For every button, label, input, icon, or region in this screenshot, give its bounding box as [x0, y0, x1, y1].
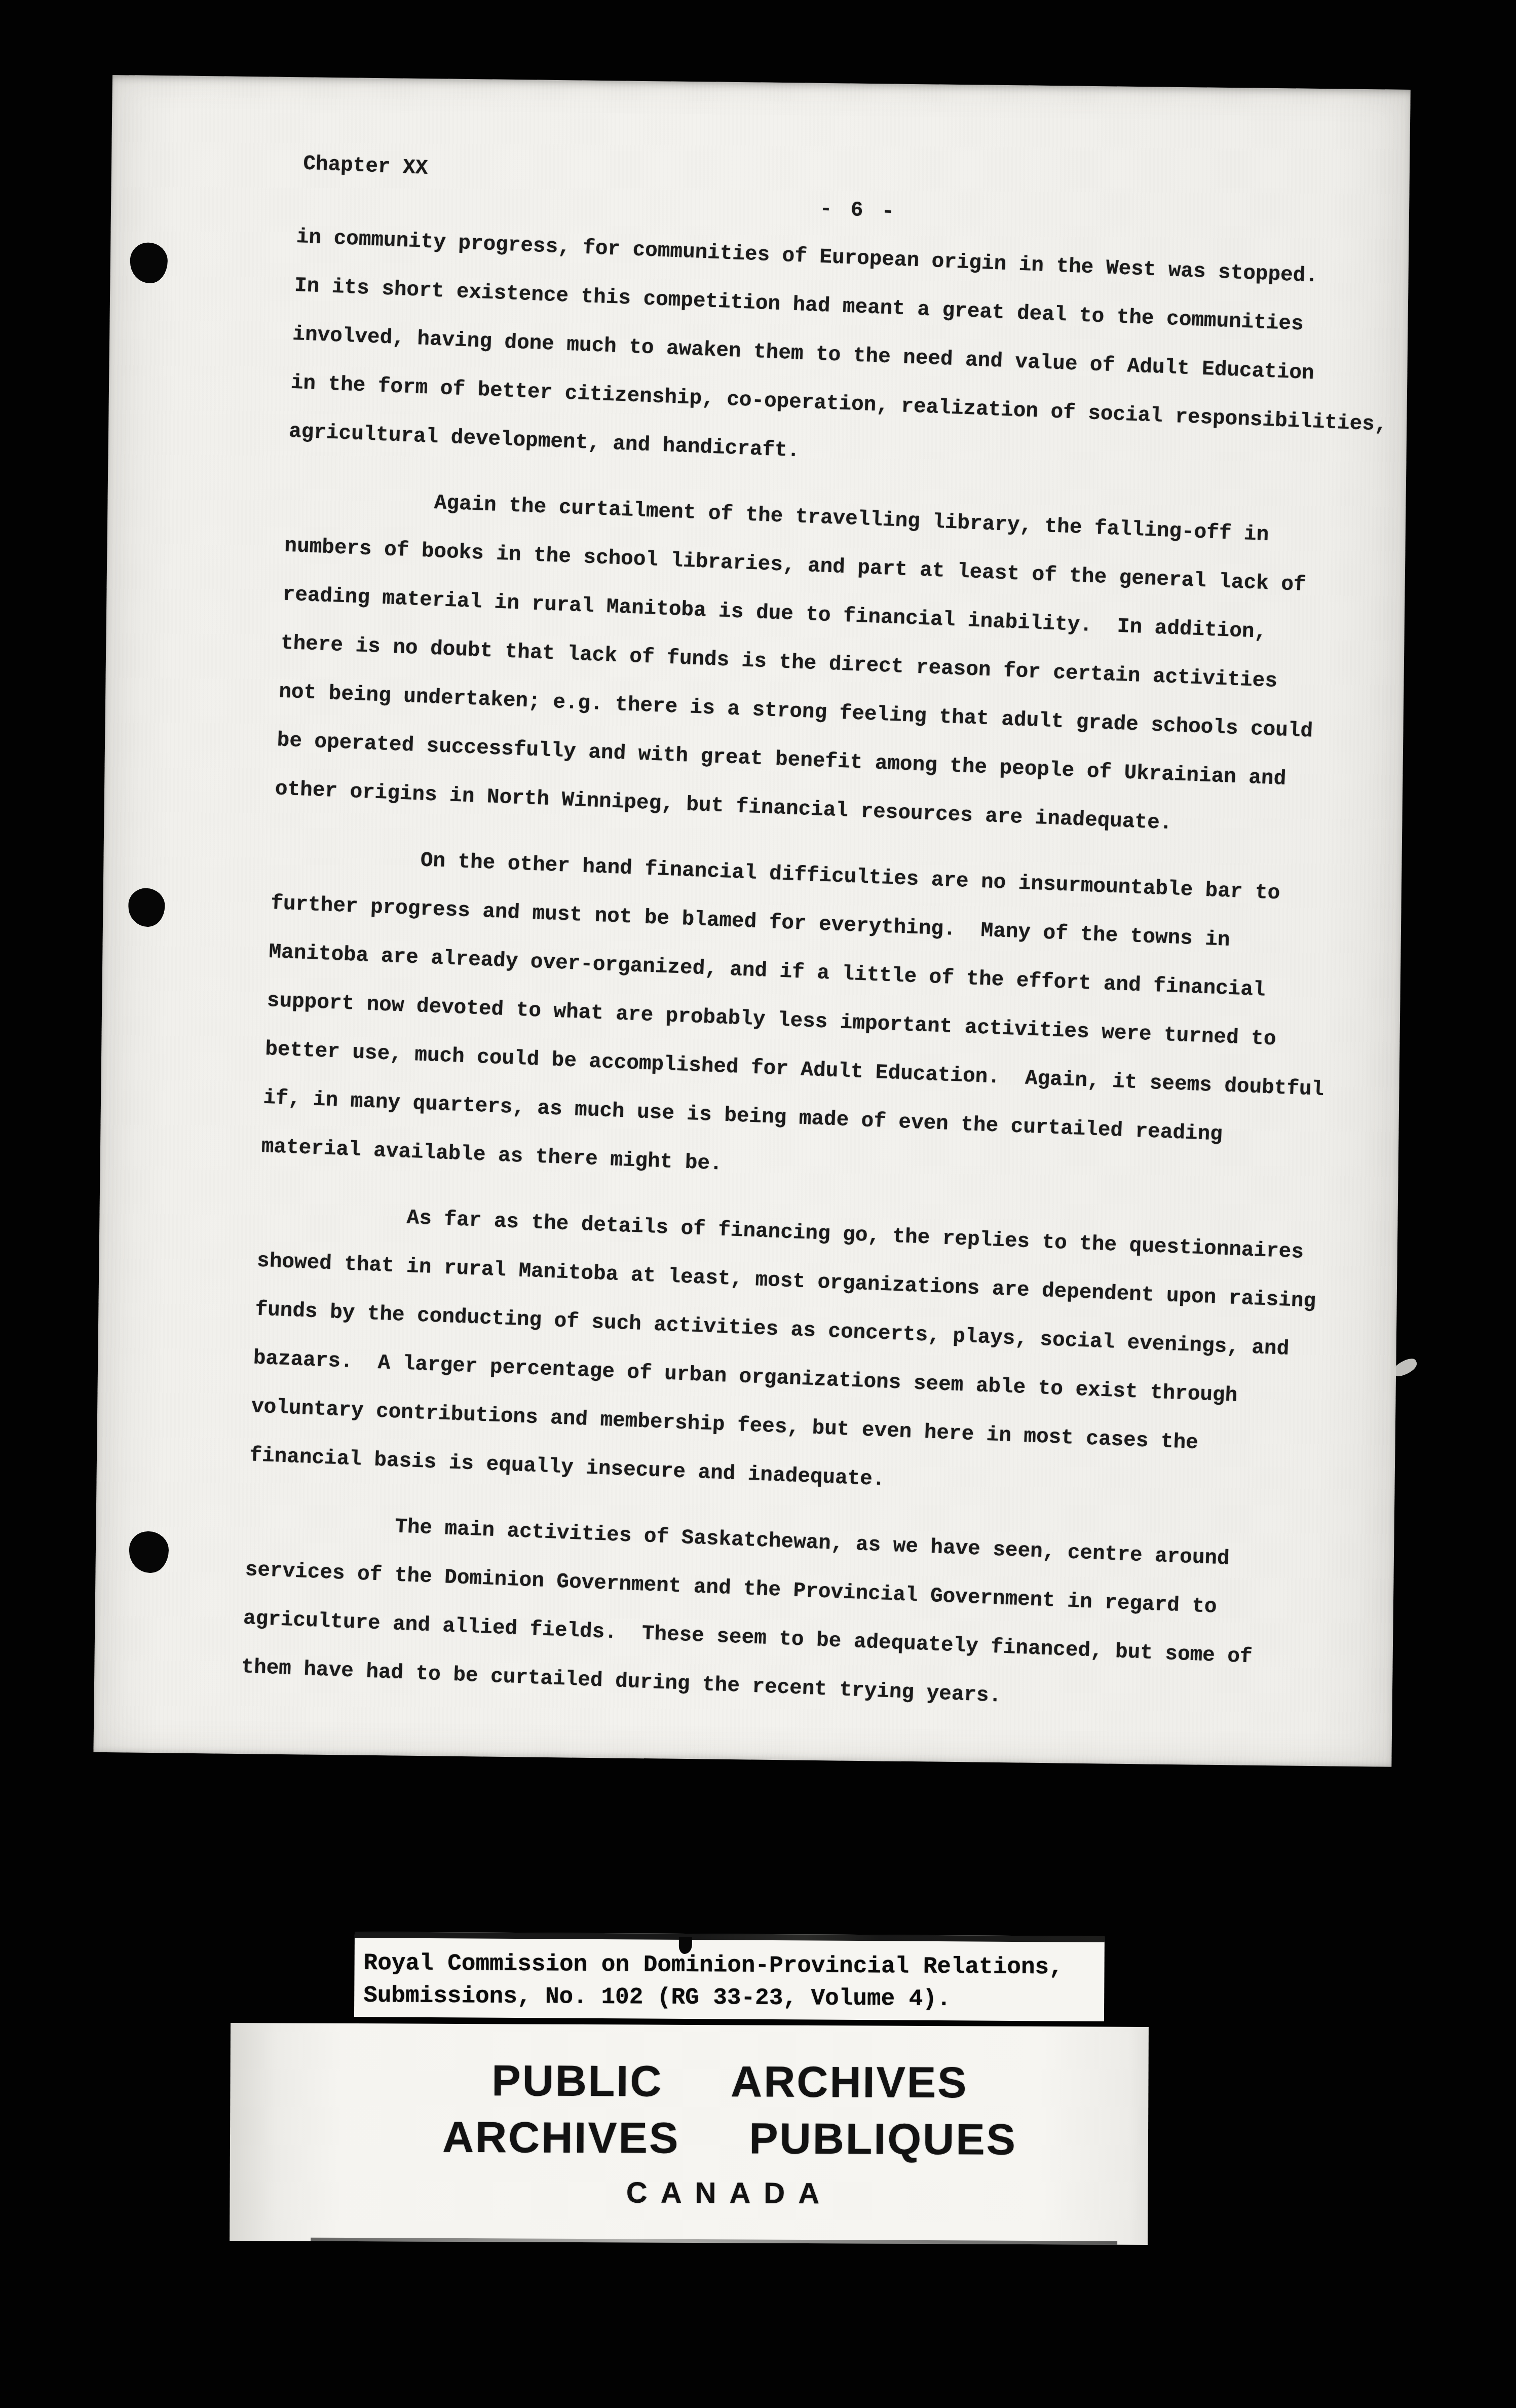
reference-stamp-line: Royal Commission on Dominion-Provincial …: [363, 1947, 1104, 1984]
scan-background: Chapter XX - 6 - in community progress, …: [0, 0, 1516, 2408]
hole-punch-mark: [130, 242, 168, 283]
paragraph: Again the curtailment of the travelling …: [274, 473, 1383, 856]
archives-stamp-line-french: ARCHIVES PUBLIQUES: [311, 2109, 1148, 2169]
document-body: in community progress, for communities o…: [241, 213, 1394, 1734]
archives-stamp-text: PUBLIC ARCHIVES ARCHIVES PUBLIQUES CANAD…: [230, 2023, 1149, 2219]
archives-stamp-line-canada: CANADA: [311, 2167, 1148, 2219]
paragraph: The main activities of Saskatchewan, as …: [241, 1497, 1344, 1734]
hole-punch-mark: [129, 1531, 169, 1573]
archives-stamp-line-english: PUBLIC ARCHIVES: [311, 2052, 1148, 2112]
paragraph: As far as the details of financing go, t…: [249, 1188, 1356, 1522]
reference-stamp-text: Royal Commission on Dominion-Provincial …: [354, 1932, 1105, 2016]
hole-punch-mark: [128, 888, 165, 927]
typewritten-text-block: Chapter XX - 6 - in community progress, …: [299, 152, 1479, 197]
page-number: - 6 -: [819, 198, 898, 224]
chapter-label: Chapter XX: [303, 153, 429, 180]
archives-stamp-label: PUBLIC ARCHIVES ARCHIVES PUBLIQUES CANAD…: [230, 2023, 1149, 2245]
document-page: Chapter XX - 6 - in community progress, …: [93, 75, 1410, 1767]
paragraph: in community progress, for communities o…: [288, 213, 1393, 498]
reference-stamp-label: Royal Commission on Dominion-Provincial …: [354, 1932, 1105, 2021]
paragraph: On the other hand financial difficulties…: [260, 831, 1370, 1213]
reference-stamp-line: Submissions, No. 102 (RG 33-23, Volume 4…: [363, 1979, 1104, 2016]
